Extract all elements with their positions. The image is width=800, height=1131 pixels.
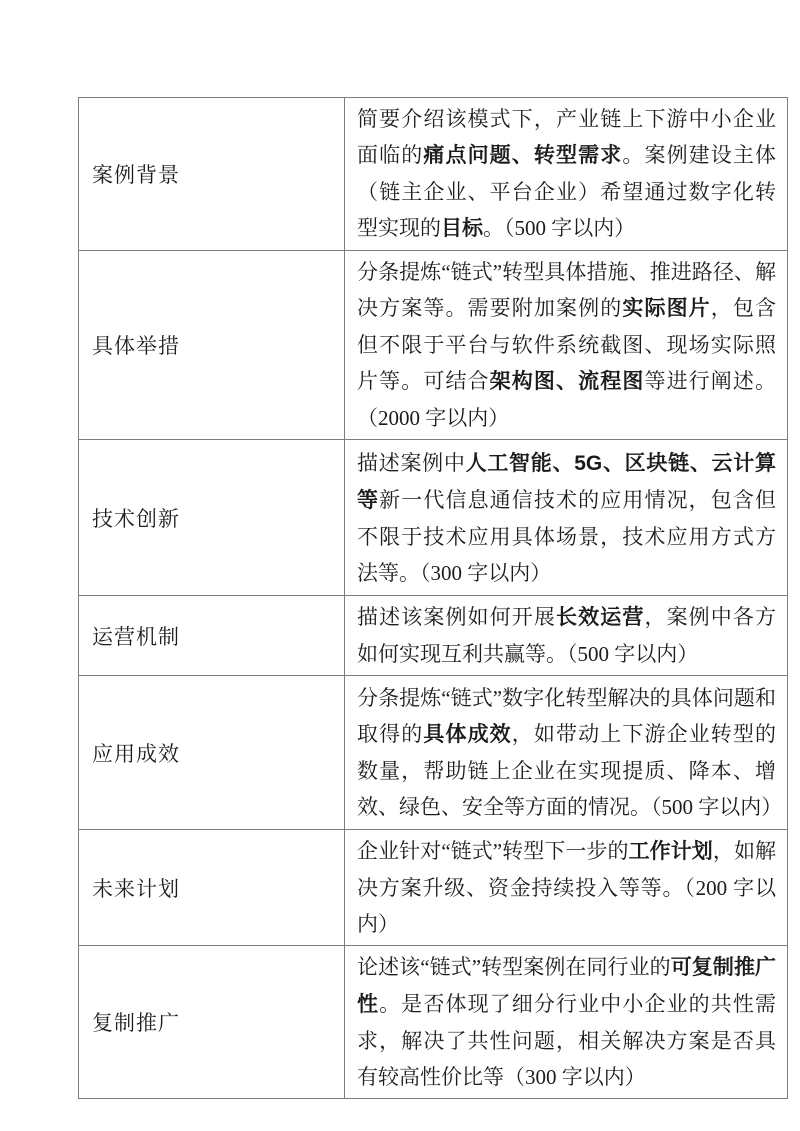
row-content: 论述该“链式”转型案例在同行业的可复制推广性。是否体现了细分行业中小企业的共性需… xyxy=(345,946,788,1099)
text-segment: 描述该案例如何开展 xyxy=(357,605,556,629)
text-segment: 描述案例中 xyxy=(357,451,466,475)
text-segment: 。（500 字以内） xyxy=(483,216,635,240)
row-label: 未来计划 xyxy=(79,830,345,946)
case-requirements-table: 案例背景简要介绍该模式下，产业链上下游中小企业面临的痛点问题、转型需求。案例建设… xyxy=(78,97,788,1099)
row-label: 技术创新 xyxy=(79,440,345,596)
row-label: 运营机制 xyxy=(79,596,345,676)
row-content: 描述案例中人工智能、5G、区块链、云计算等新一代信息通信技术的应用情况，包含但不… xyxy=(345,440,788,596)
text-segment-bold: 架构图、流程图 xyxy=(490,370,645,393)
table-row: 运营机制描述该案例如何开展长效运营，案例中各方如何实现互利共赢等。（500 字以… xyxy=(79,596,788,676)
text-segment: 企业针对“链式”转型下一步的 xyxy=(357,839,629,863)
row-content: 描述该案例如何开展长效运营，案例中各方如何实现互利共赢等。（500 字以内） xyxy=(345,596,788,676)
row-label: 应用成效 xyxy=(79,676,345,830)
table-body: 案例背景简要介绍该模式下，产业链上下游中小企业面临的痛点问题、转型需求。案例建设… xyxy=(79,98,788,1099)
table-row: 复制推广论述该“链式”转型案例在同行业的可复制推广性。是否体现了细分行业中小企业… xyxy=(79,946,788,1099)
row-label: 复制推广 xyxy=(79,946,345,1099)
table-row: 案例背景简要介绍该模式下，产业链上下游中小企业面临的痛点问题、转型需求。案例建设… xyxy=(79,98,788,251)
text-segment-bold: 具体成效 xyxy=(423,723,511,746)
row-content: 企业针对“链式”转型下一步的工作计划，如解决方案升级、资金持续投入等等。（200… xyxy=(345,830,788,946)
text-segment-bold: 痛点问题、转型需求 xyxy=(423,144,622,167)
text-segment: 。是否体现了细分行业中小企业的共性需求，解决了共性问题，相关解决方案是否具有较高… xyxy=(357,992,776,1089)
document-page: 案例背景简要介绍该模式下，产业链上下游中小企业面临的痛点问题、转型需求。案例建设… xyxy=(0,0,800,1131)
table-row: 技术创新描述案例中人工智能、5G、区块链、云计算等新一代信息通信技术的应用情况，… xyxy=(79,440,788,596)
row-label: 案例背景 xyxy=(79,98,345,251)
row-content: 分条提炼“链式”数字化转型解决的具体问题和取得的具体成效，如带动上下游企业转型的… xyxy=(345,676,788,830)
text-segment: 新一代信息通信技术的应用情况，包含但不限于技术应用具体场景，技术应用方式方法等。… xyxy=(357,488,776,585)
row-content: 分条提炼“链式”转型具体措施、推进路径、解决方案等。需要附加案例的实际图片，包含… xyxy=(345,251,788,440)
text-segment-bold: 长效运营 xyxy=(556,606,644,629)
table-row: 应用成效分条提炼“链式”数字化转型解决的具体问题和取得的具体成效，如带动上下游企… xyxy=(79,676,788,830)
text-segment: 论述该“链式”转型案例在同行业的 xyxy=(357,955,671,979)
row-label: 具体举措 xyxy=(79,251,345,440)
text-segment-bold: 实际图片 xyxy=(622,297,710,320)
table-row: 具体举措分条提炼“链式”转型具体措施、推进路径、解决方案等。需要附加案例的实际图… xyxy=(79,251,788,440)
text-segment-bold: 目标 xyxy=(441,217,483,240)
row-content: 简要介绍该模式下，产业链上下游中小企业面临的痛点问题、转型需求。案例建设主体（链… xyxy=(345,98,788,251)
table-row: 未来计划企业针对“链式”转型下一步的工作计划，如解决方案升级、资金持续投入等等。… xyxy=(79,830,788,946)
text-segment-bold: 工作计划 xyxy=(629,840,713,863)
